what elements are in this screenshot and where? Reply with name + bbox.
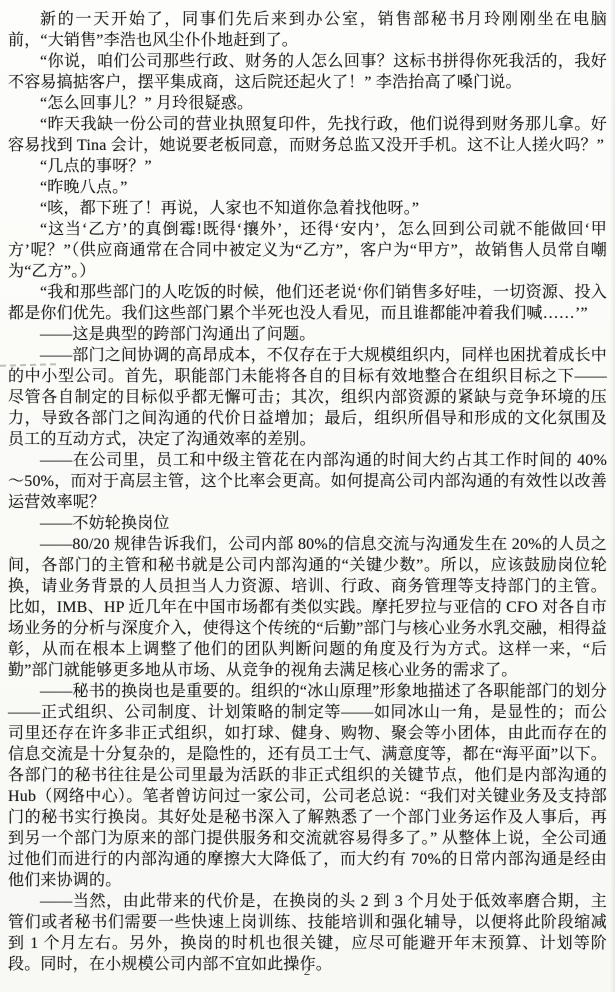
paragraph-dialogue: “我和那些部门的人吃饭的时候，他们还老说‘你们销售多好哇，一切资源、投入都是你们…	[8, 282, 607, 324]
page-edge-shadow	[610, 0, 615, 992]
paragraph-subheading: ——不妨轮换岗位	[8, 513, 607, 534]
paragraph-commentary: ——部门之间协调的高昂成本，不仅存在于大规模组织内，同样也困扰着成长中的中小型公…	[8, 345, 607, 450]
paragraph-commentary: ——在公司里，员工和中级主管花在内部沟通的时间大约占其工作时间的 40%～50%…	[8, 450, 607, 513]
paragraph-dialogue: “几点的事呀？”	[8, 156, 607, 177]
document-page: 新的一天开始了，同事们先后来到办公室，销售部秘书月玲刚刚坐在电脑前，“大销售”李…	[0, 0, 615, 992]
paragraph-narrative-opening: 新的一天开始了，同事们先后来到办公室，销售部秘书月玲刚刚坐在电脑前，“大销售”李…	[8, 9, 607, 51]
paragraph-dialogue: “怎么回事儿？” 月玲很疑惑。	[8, 93, 607, 114]
paragraph-dialogue: “你说，咱们公司那些行政、财务的人怎么回事？这标书拼得你死我活的，我好不容易搞掂…	[8, 51, 607, 93]
paragraph-dialogue: “昨晚八点。”	[8, 177, 607, 198]
paragraph-commentary: ——80/20 规律告诉我们，公司内部 80%的信息交流与沟通发生在 20%的人…	[8, 534, 607, 681]
paragraph-commentary: ——这是典型的跨部门沟通出了问题。	[8, 324, 607, 345]
document-text: 新的一天开始了，同事们先后来到办公室，销售部秘书月玲刚刚坐在电脑前，“大销售”李…	[8, 9, 607, 975]
paragraph-dialogue: “昨天我缺一份公司的营业执照复印件，先找行政，他们说得到财务那儿拿。好容易找到 …	[8, 114, 607, 156]
paragraph-dialogue: “咳，都下班了！再说，人家也不知道你急着找他呀。”	[8, 198, 607, 219]
paragraph-dialogue: “这当‘乙方’的真倒霉!既得‘攘外’，还得‘安内’，怎么回到公司就不能做回‘甲方…	[8, 219, 607, 282]
paragraph-commentary: ——秘书的换岗也是重要的。组织的“冰山原理”形象地描述了各职能部门的划分——正式…	[8, 681, 607, 891]
page-number: 2	[0, 963, 615, 979]
